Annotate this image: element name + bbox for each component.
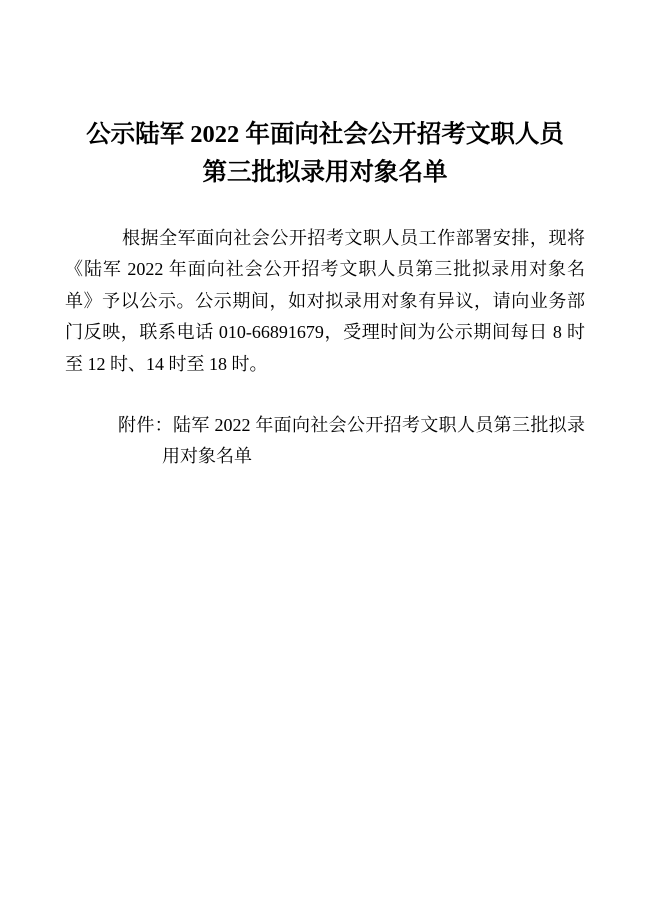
attachment-line: 附件：陆军 2022 年面向社会公开招考文职人员第三批拟录 xyxy=(118,410,585,441)
body-line: 门反映，联系电话 010-66891679，受理时间为公示期间每日 8 时 xyxy=(65,317,585,348)
body-line: 至 12 时、14 时至 18 时。 xyxy=(65,349,585,380)
document-title: 公示陆军 2022 年面向社会公开招考文职人员 第三批拟录用对象名单 xyxy=(65,116,585,192)
title-line-2: 第三批拟录用对象名单 xyxy=(65,154,585,192)
body-line: 单》予以公示。公示期间，如对拟录用对象有异议，请向业务部 xyxy=(65,286,585,317)
body-paragraph: 根据全军面向社会公开招考文职人员工作部署安排，现将 《陆军 2022 年面向社会… xyxy=(65,223,585,380)
body-line: 《陆军 2022 年面向社会公开招考文职人员第三批拟录用对象名 xyxy=(65,254,585,285)
body-line: 根据全军面向社会公开招考文职人员工作部署安排，现将 xyxy=(65,223,585,254)
attachment-line: 用对象名单 xyxy=(162,441,585,472)
attachment-note: 附件：陆军 2022 年面向社会公开招考文职人员第三批拟录 用对象名单 xyxy=(65,410,585,473)
title-line-1: 公示陆军 2022 年面向社会公开招考文职人员 xyxy=(65,116,585,154)
document-content: 公示陆军 2022 年面向社会公开招考文职人员 第三批拟录用对象名单 根据全军面… xyxy=(0,0,650,473)
document-page: 公示陆军 2022 年面向社会公开招考文职人员 第三批拟录用对象名单 根据全军面… xyxy=(0,0,650,919)
